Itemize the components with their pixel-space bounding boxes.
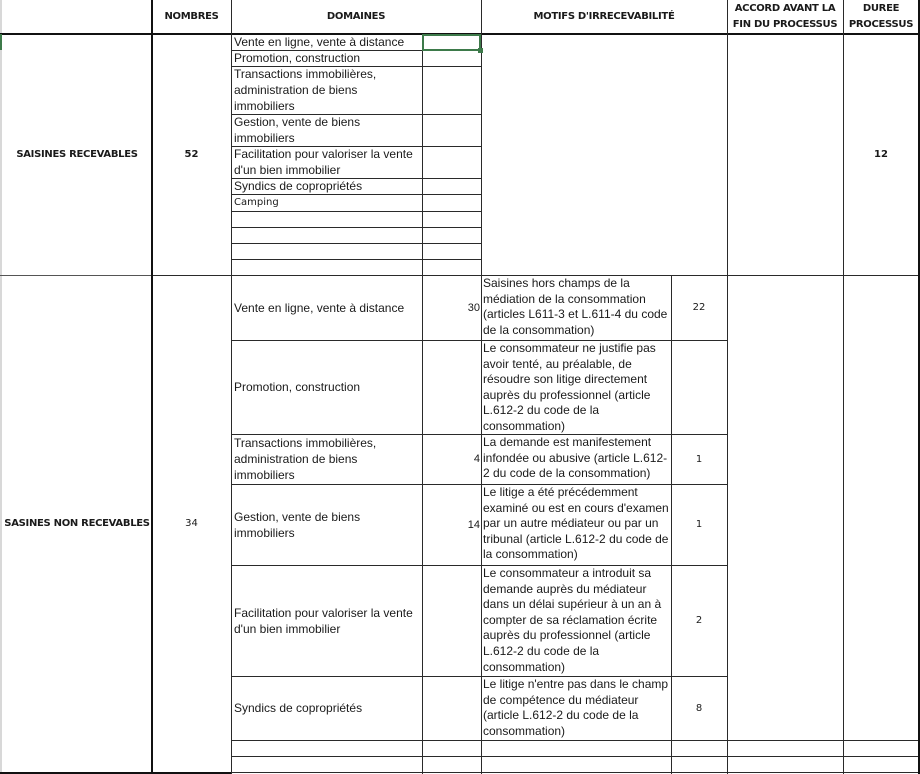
recevables-domaine-empty[interactable] xyxy=(231,227,422,243)
header-duree[interactable]: DUREE PROCESSUS xyxy=(843,0,919,34)
recevables-duree[interactable]: 12 xyxy=(843,34,919,275)
grid-line xyxy=(843,0,844,774)
grid-line xyxy=(151,0,153,774)
grid-line xyxy=(231,227,481,228)
grid-line xyxy=(231,772,920,773)
header-domaines[interactable]: DOMAINES xyxy=(231,0,481,34)
motif-count[interactable]: 1 xyxy=(671,434,727,484)
motif-text[interactable]: Le litige a été précédemment examiné ou … xyxy=(481,484,671,565)
fill-handle[interactable] xyxy=(478,48,483,53)
grid-line xyxy=(231,340,727,341)
non-recevables-domaine[interactable]: Gestion, vente de biens immobiliers xyxy=(231,484,416,565)
non-recevables-domaine[interactable]: Vente en ligne, vente à distance xyxy=(231,275,422,340)
non-recevables-count[interactable] xyxy=(422,340,481,434)
non-recevables-domaine[interactable]: Facilitation pour valoriser la vente d'u… xyxy=(231,565,422,676)
recevables-domaine[interactable]: Syndics de copropriétés xyxy=(231,178,422,194)
non-recevables-count[interactable] xyxy=(422,676,481,740)
grid-line xyxy=(231,756,920,757)
motif-count[interactable]: 8 xyxy=(671,676,727,740)
grid-line xyxy=(231,434,727,435)
grid-line xyxy=(481,0,482,774)
motif-count[interactable] xyxy=(671,340,727,434)
grid-line xyxy=(231,740,920,741)
grid-line xyxy=(231,565,727,566)
recevables-domaine-empty[interactable] xyxy=(231,259,422,275)
recevables-nombre[interactable]: 52 xyxy=(152,34,231,275)
grid-line xyxy=(231,211,481,212)
motif-count[interactable]: 2 xyxy=(671,565,727,676)
recevables-domaine[interactable]: Camping xyxy=(231,194,422,211)
non-recevables-duree-cell[interactable] xyxy=(843,275,919,740)
non-recevables-count[interactable]: 14 xyxy=(422,484,481,565)
grid-line xyxy=(231,243,481,244)
grid-line xyxy=(671,275,672,774)
grid-line xyxy=(231,676,727,677)
recevables-domaine[interactable]: Promotion, construction xyxy=(231,50,422,66)
non-recevables-accord-cell[interactable] xyxy=(727,275,843,740)
non-recevables-domaine[interactable]: Promotion, construction xyxy=(231,340,422,434)
header-nombres[interactable]: NOMBRES xyxy=(152,0,231,34)
grid-line xyxy=(422,34,423,774)
grid-line xyxy=(231,194,481,195)
non-recevables-domaine[interactable]: Syndics de copropriétés xyxy=(231,676,422,740)
grid-line xyxy=(231,66,481,67)
recevables-domaine[interactable]: Vente en ligne, vente à distance xyxy=(231,34,422,50)
grid-line xyxy=(231,484,727,485)
recevables-domaine-empty[interactable] xyxy=(231,243,422,259)
non-recevables-nombre[interactable]: 34 xyxy=(152,275,231,772)
active-cell-selection[interactable] xyxy=(422,34,481,51)
motif-text[interactable]: Le consommateur a introduit sa demande a… xyxy=(481,565,671,676)
recevables-domaine[interactable]: Facilitation pour valoriser la vente d'u… xyxy=(231,146,422,178)
header-motifs[interactable]: MOTIFS D'IRRECEVABILITÉ xyxy=(481,0,727,34)
recevables-accord-cell[interactable] xyxy=(727,34,843,275)
grid-line xyxy=(727,0,728,774)
row-selection-indicator xyxy=(0,34,2,50)
grid-line xyxy=(152,275,920,276)
grid-line xyxy=(231,259,481,260)
non-recevables-count[interactable]: 30 xyxy=(422,275,481,340)
non-recevables-label[interactable]: SASINES NON RECEVABLES xyxy=(2,275,152,772)
recevables-domaine[interactable]: Transactions immobilières, administratio… xyxy=(231,66,416,114)
motif-count[interactable]: 1 xyxy=(671,484,727,565)
grid-line xyxy=(231,114,481,115)
grid-line xyxy=(231,0,232,774)
non-recevables-count[interactable]: 4 xyxy=(422,434,481,484)
recevables-domaine[interactable]: Gestion, vente de biens immobiliers xyxy=(231,114,416,146)
motif-text[interactable]: La demande est manifestement infondée ou… xyxy=(481,434,671,484)
recevables-label[interactable]: SAISINES RECEVABLES xyxy=(2,34,152,275)
motif-count[interactable]: 22 xyxy=(671,275,727,340)
non-recevables-domaine[interactable]: Transactions immobilières, administratio… xyxy=(231,434,416,484)
motif-text[interactable]: Saisines hors champs de la médiation de … xyxy=(481,275,671,340)
motif-text[interactable]: Le litige n'entre pas dans le champ de c… xyxy=(481,676,671,740)
recevables-domaine-empty[interactable] xyxy=(231,211,422,227)
non-recevables-count[interactable] xyxy=(422,565,481,676)
grid-line xyxy=(231,178,481,179)
header-accord[interactable]: ACCORD AVANT LA FIN DU PROCESSUS xyxy=(727,0,843,34)
recevables-motifs-cell[interactable] xyxy=(481,34,727,275)
grid-line xyxy=(0,275,152,276)
motif-text[interactable]: Le consommateur ne justifie pas avoir te… xyxy=(481,340,671,434)
grid-line xyxy=(231,146,481,147)
